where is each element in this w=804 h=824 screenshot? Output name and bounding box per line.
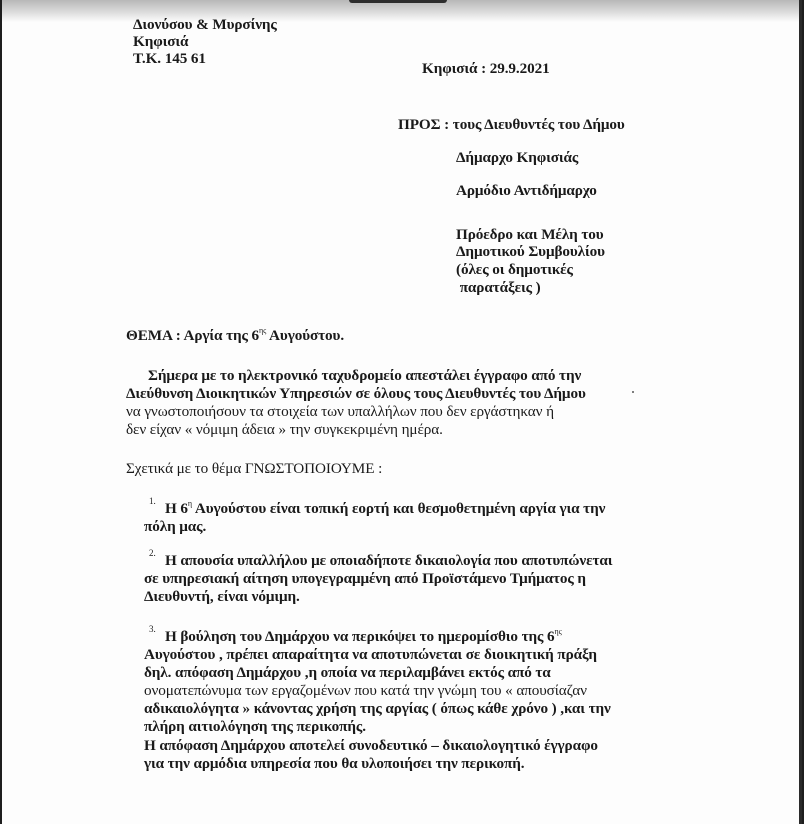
recipient-council-line-3: (όλες οι δημοτικές	[456, 261, 573, 278]
subject-line: ΘΕΜΑ : Αργία της 6ης Αυγούστου.	[126, 327, 344, 344]
recipient-deputy-mayor: Αρμόδιο Αντιδήμαρχο	[456, 182, 597, 199]
point-1-number: 1.	[149, 496, 156, 506]
point-1-line-2: πόλη μας.	[144, 518, 206, 535]
point-1-prefix: Η 6	[165, 500, 188, 517]
address-line-city: Κηφισιά	[133, 33, 188, 50]
point-3-line-5: αδικαιολόγητα » κάνοντας χρήση της αργία…	[144, 700, 611, 717]
viewer-top-tab[interactable]	[349, 0, 447, 3]
recipient-council-line-1: Πρόεδρο και Μέλη του	[456, 226, 604, 243]
recipient-mayor: Δήμαρχο Κηφισιάς	[456, 149, 578, 166]
viewer-scrollbar-edge[interactable]	[799, 0, 802, 824]
subject-prefix: ΘΕΜΑ : Αργία της 6	[126, 327, 259, 344]
point-3-number: 3.	[149, 624, 156, 634]
recipient-council-line-2: Δημοτικού Συμβουλίου	[456, 243, 605, 260]
date-line: Κηφισιά : 29.9.2021	[422, 60, 550, 77]
intro-line-2: Διεύθυνση Διοικητικών Υπηρεσιών σε όλους…	[126, 385, 586, 402]
address-line-street: Διονύσου & Μυρσίνης	[133, 16, 277, 33]
recipients-first-line: ΠΡΟΣ : τους Διευθυντές του Δήμου	[398, 116, 625, 133]
point-3-line-3: δηλ. απόφαση Δημάρχου ,η οποία να περιλα…	[144, 664, 551, 681]
point-1-suffix: Αυγούστου είναι τοπική εορτή και θεσμοθε…	[192, 500, 605, 517]
recipient-directors: τους Διευθυντές του Δήμου	[453, 116, 625, 133]
scanned-letter-page: Διονύσου & Μυρσίνης Κηφισιά Τ.Κ. 145 61 …	[2, 0, 802, 824]
point-2-line-2: σε υπηρεσιακή αίτηση υπογεγραμμένη από Π…	[144, 570, 586, 587]
point-3-line-8: για την αρμόδια υπηρεσία που θα υλοποιήσ…	[144, 755, 524, 772]
point-3-line-4: ονοματεπώνυμα των εργαζομένων που κατά τ…	[144, 682, 587, 699]
intro-line-4: δεν είχαν « νόμιμη άδεια » την συγκεκριμ…	[126, 421, 443, 438]
point-3-line-6: πλήρη αιτιολόγηση της περικοπής.	[144, 718, 366, 735]
intro-line-3: να γνωστοποιήσουν τα στοιχεία των υπαλλή…	[126, 403, 554, 420]
announce-heading: Σχετικά με το θέμα ΓΝΩΣΤΟΠΟΙΟΥΜΕ :	[126, 460, 382, 477]
document-viewer: Διονύσου & Μυρσίνης Κηφισιά Τ.Κ. 145 61 …	[0, 0, 804, 824]
intro-line-1: Σήμερα με το ηλεκτρονικό ταχυδρομείο απε…	[148, 367, 581, 384]
point-1-line-1: Η 6η Αυγούστου είναι τοπική εορτή και θε…	[165, 500, 605, 517]
point-2-line-3: Διευθυντή, είναι νόμιμη.	[144, 588, 300, 605]
scan-speck	[632, 391, 634, 393]
point-3-prefix: Η βούληση του Δημάρχου να περικόψει το η…	[165, 628, 555, 645]
point-2-line-1: Η απουσία υπαλλήλου με οποιαδήποτε δικαι…	[165, 552, 612, 569]
address-postal-code: Τ.Κ. 145 61	[133, 50, 206, 67]
point-3-line-2: Αυγούστου , πρέπει απαραίτητα να αποτυπώ…	[144, 646, 597, 663]
point-2-number: 2.	[149, 548, 156, 558]
point-3-line-7: Η απόφαση Δημάρχου αποτελεί συνοδευτικό …	[144, 737, 598, 754]
point-3-line-1: Η βούληση του Δημάρχου να περικόψει το η…	[165, 628, 562, 645]
point-3-superscript: ης	[555, 627, 562, 636]
subject-suffix: Αυγούστου.	[266, 327, 344, 344]
recipient-council-line-4: παρατάξεις )	[456, 279, 541, 296]
recipients-label: ΠΡΟΣ :	[398, 116, 449, 133]
